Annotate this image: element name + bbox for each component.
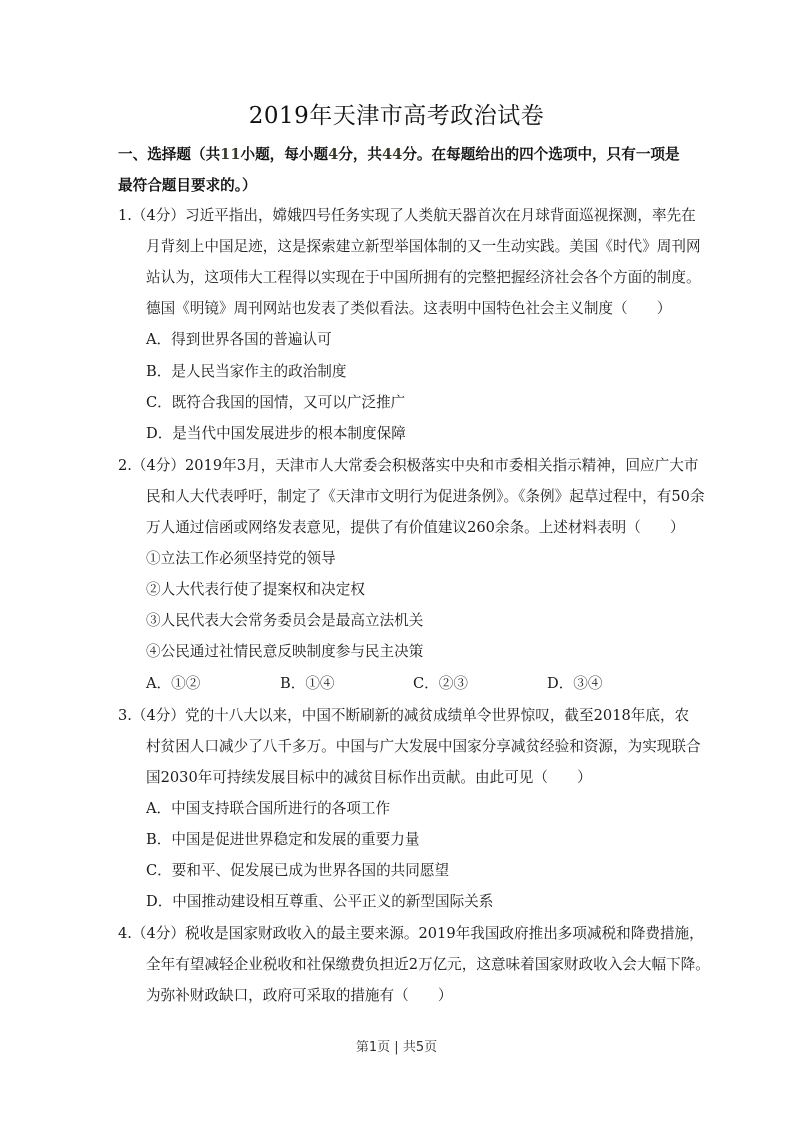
question-2-option-b: B．①④ [280, 674, 335, 694]
question-3-stem-line: 村贫困人口减少了八千多万。中国与广大发展中国家分享减贫经验和资源，为实现联合 [146, 737, 701, 757]
question-3-option-b: B．中国是促进世界稳定和发展的重要力量 [146, 830, 419, 850]
question-1-option-a: A．得到世界各国的普遍认可 [146, 330, 332, 350]
question-3-option-c: C．要和平、促发展已成为世界各国的共同愿望 [146, 861, 449, 881]
question-4-stem-line: 4.（4分）税收是国家财政收入的最主要来源。2019年我国政府推出多项减税和降费… [118, 924, 704, 944]
question-2-statement-1: ①立法工作必须坚持党的领导 [146, 549, 336, 569]
question-1-option-c: C．既符合我国的国情，又可以广泛推广 [146, 393, 405, 413]
section-header-line2: 最符合题目要求的。） [118, 176, 257, 196]
question-2-statement-2: ②人大代表行使了提案权和决定权 [146, 580, 365, 600]
question-1-stem-line: 站认为，这项伟大工程得以实现在于中国所拥有的完整把握经济社会各个方面的制度。 [146, 268, 701, 288]
section-header-line1: 一、选择题（共11小题，每小题4分，共44分。在每题给出的四个选项中，只有一项是 [118, 145, 680, 165]
question-1-option-b: B．是人民当家作主的政治制度 [146, 362, 346, 382]
question-1-option-d: D．是当代中国发展进步的根本制度保障 [146, 424, 406, 444]
section-text: 一、选择题（共 [118, 146, 220, 163]
question-3-option-a: A．中国支持联合国所进行的各项工作 [146, 799, 390, 819]
question-2-option-a: A．①② [146, 674, 200, 694]
question-3-stem-line: 3.（4分）党的十八大以来，中国不断刷新的减贫成绩单令世界惊叹，截至2018年底… [118, 706, 689, 726]
question-1-stem-line: 月背刻上中国足迹，这是探索建立新型举国体制的又一生动实践。美国《时代》周刊网 [146, 237, 701, 257]
section-text: 分。在每题给出的四个选项中，只有一项是 [402, 146, 679, 163]
question-2-stem-line: 民和人大代表呼吁，制定了《天津市文明行为促进条例》。《条例》起草过程中，有50余 [146, 487, 705, 507]
question-4-stem-line: 全年有望减轻企业税收和社保缴费负担近2万亿元，这意味着国家财政收入会大幅下降。 [146, 955, 710, 975]
question-2-option-c: C．②③ [413, 674, 468, 694]
points-per-question: 4 [328, 146, 338, 163]
question-2-option-d: D．③④ [547, 674, 602, 694]
section-text: 小题，每小题 [240, 146, 328, 163]
section-text: 分，共 [338, 146, 382, 163]
page-title: 2019年天津市高考政治试卷 [0, 101, 793, 131]
page-footer: 第1页 | 共5页 [0, 1036, 793, 1055]
question-4-stem-line: 为弥补财政缺口，政府可采取的措施有（ ） [146, 986, 452, 1006]
question-count: 11 [220, 146, 240, 163]
question-2-stem-line: 2.（4分）2019年3月，天津市人大常委会积极落实中央和市委相关指示精神，回应… [118, 456, 698, 476]
question-3-stem-line: 国2030年可持续发展目标中的减贫目标作出贡献。由此可见（ ） [146, 768, 592, 788]
question-2-statement-4: ④公民通过社情民意反映制度参与民主决策 [146, 642, 423, 662]
exam-page: 2019年天津市高考政治试卷 一、选择题（共11小题，每小题4分，共44分。在每… [0, 0, 793, 1122]
total-points: 44 [382, 146, 402, 163]
question-1-stem-line: 1.（4分）习近平指出，嫦娥四号任务实现了人类航天器首次在月球背面巡视探测，率先… [118, 206, 696, 226]
question-2-statement-3: ③人民代表大会常务委员会是最高立法机关 [146, 611, 423, 631]
question-2-stem-line: 万人通过信函或网络发表意见，提供了有价值建议260余条。上述材料表明（ ） [146, 518, 685, 538]
question-3-option-d: D．中国推动建设相互尊重、公平正义的新型国际关系 [146, 892, 493, 912]
question-1-stem-line: 德国《明镜》周刊网站也发表了类似看法。这表明中国特色社会主义制度（ ） [146, 299, 671, 319]
